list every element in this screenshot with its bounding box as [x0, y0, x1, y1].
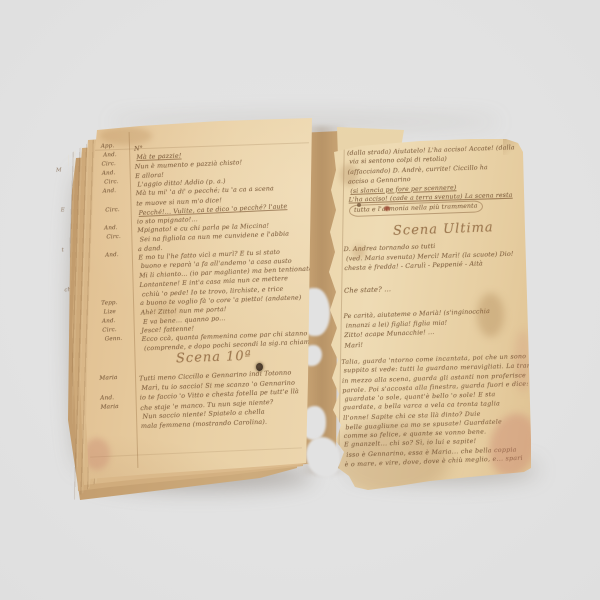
margin-name: And. — [102, 187, 134, 197]
margin-name: And. — [104, 223, 136, 233]
margin-name: Genn. — [105, 335, 135, 345]
stain — [477, 293, 504, 337]
ink-spot — [357, 203, 361, 207]
scene-heading-left: Scena 10ª — [176, 349, 252, 367]
stain — [100, 127, 152, 145]
margin-names-column-lower: MariaAnd.Maria — [99, 373, 135, 414]
margin-names-column-middle: Tepp.LizeAnd.Circ.Genn. — [101, 298, 135, 345]
stain — [340, 164, 358, 186]
margin-name: Maria — [100, 403, 134, 414]
stain — [514, 330, 532, 392]
scene-heading-right: Scena Ultima — [393, 220, 494, 239]
ink-spot — [384, 206, 390, 211]
margin-name: Lize — [103, 308, 133, 318]
worm-hole — [256, 363, 263, 371]
right-page-dialogue-upper: (dalla strada) Aiutatelo! L'ha acciso! A… — [347, 143, 523, 217]
stain — [150, 300, 182, 320]
left-page-dialogue-lower: Tutti meno Ciccillo e Gennarino indi Tot… — [139, 367, 317, 432]
margin-name: Circ. — [102, 326, 134, 337]
crease-line — [90, 447, 302, 457]
stain — [352, 245, 366, 259]
margin-names-column-upper: App.And.Circ.And.Circ.And.Circ.And.Circ.… — [101, 141, 138, 260]
right-page-dialogue-middle: D. Andrea tornando so tutti(ved. Maria s… — [344, 239, 527, 274]
margin-name — [105, 241, 137, 252]
margin-name — [102, 383, 134, 394]
manuscript-photo: MEtchsb Toneti:chiàud.l'abAnd.MariaMasii… — [0, 0, 600, 600]
margin-name: Circ. — [105, 205, 135, 215]
margin-name: And. — [103, 151, 133, 161]
margin-name: And. — [102, 169, 134, 180]
right-page-question-line: Che state? ... — [344, 285, 391, 295]
left-page-dialogue-upper: N°Mà te pazzie!Nun è mumento e pazzià ch… — [134, 138, 318, 354]
margin-name: And. — [105, 250, 137, 260]
